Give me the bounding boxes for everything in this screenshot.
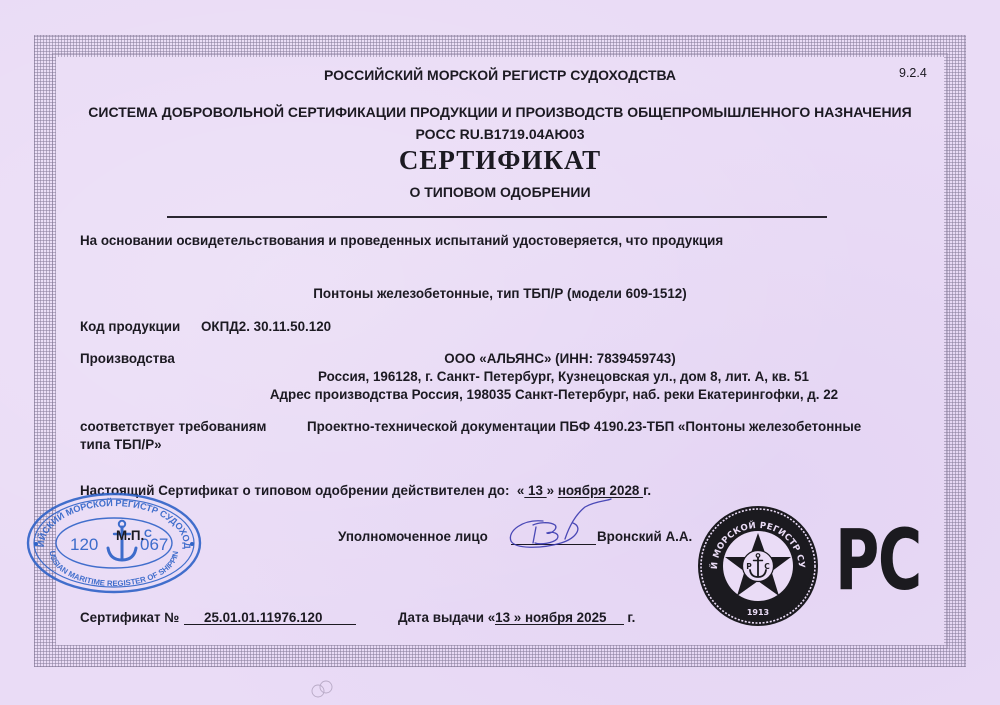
registration-number: РОСС RU.B1719.04АЮ03 [0,126,1000,142]
validity-close-quote: » [547,483,554,498]
rs-wordmark: РС [835,510,921,610]
issue-date-value: 13 » ноября 2025 [495,611,623,625]
register-emblem: РОССИЙСКИЙ МОРСКОЙ РЕГИСТР СУДОХОДСТВА 1… [697,505,819,627]
pencil-mark [307,678,337,700]
official-stamp: РОССИЙСКИЙ МОРСКОЙ РЕГИСТР СУДОХОДСТВА R… [26,492,202,594]
document-title: СЕРТИФИКАТ [0,145,1000,176]
product-code-value: ОКПД2. 30.11.50.120 [201,319,331,334]
svg-text:С: С [764,562,770,571]
validity-month-year: ноября 2028 [558,483,643,498]
conformity-standard: Проектно-технической документации ПБФ 41… [307,419,861,434]
validity-suffix: г. [643,483,651,498]
validity-day: 13 [524,483,546,498]
form-code: 9.2.4 [899,66,927,80]
authorized-person-name: Вронский А.А. [597,529,692,544]
manufacturer-address: Россия, 196128, г. Санкт- Петербург, Куз… [0,369,1000,384]
certification-system-title: СИСТЕМА ДОБРОВОЛЬНОЙ СЕРТИФИКАЦИИ ПРОДУК… [0,104,1000,120]
organization-title: РОССИЙСКИЙ МОРСКОЙ РЕГИСТР СУДОХОДСТВА [0,67,1000,83]
stamp-right-number: 067 [140,535,168,554]
intro-text: На основании освидетельствования и прове… [80,233,723,248]
manufacturer-name: ООО «АЛЬЯНС» (ИНН: 7839459743) [0,351,1000,366]
certificate-number: 25.01.01.11976.120 [184,610,356,625]
conformity-label: соответствует требованиям [80,419,266,434]
product-name: Понтоны железобетонные, тип ТБП/Р (модел… [0,286,1000,301]
document-subtitle: О ТИПОВОМ ОДОБРЕНИИ [0,184,1000,200]
product-code-label: Код продукции [80,319,180,334]
stamp-left-number: 120 [70,535,98,554]
header-divider [167,216,827,218]
authorized-person-label: Уполномоченное лицо [338,529,488,544]
issue-date-suffix: г. [627,610,635,625]
seal-place-label: М.П. [116,528,144,543]
issue-month-year: ноября 2025 [525,610,610,625]
issue-date: Дата выдачи « 13 » ноября 2025 г. [398,610,635,625]
emblem-year: 1913 [747,608,769,617]
issue-date-label: Дата выдачи « [398,610,495,625]
certificate-number-value: 25.01.01.11976.120 [184,611,356,625]
conformity-standard-continued: типа ТБП/Р» [80,437,162,452]
svg-text:Р: Р [746,562,752,571]
production-address: Адрес производства Россия, 198035 Санкт-… [0,387,1000,402]
certificate-number-label: Сертификат № [80,610,179,625]
issue-day: 13 » [495,610,525,625]
